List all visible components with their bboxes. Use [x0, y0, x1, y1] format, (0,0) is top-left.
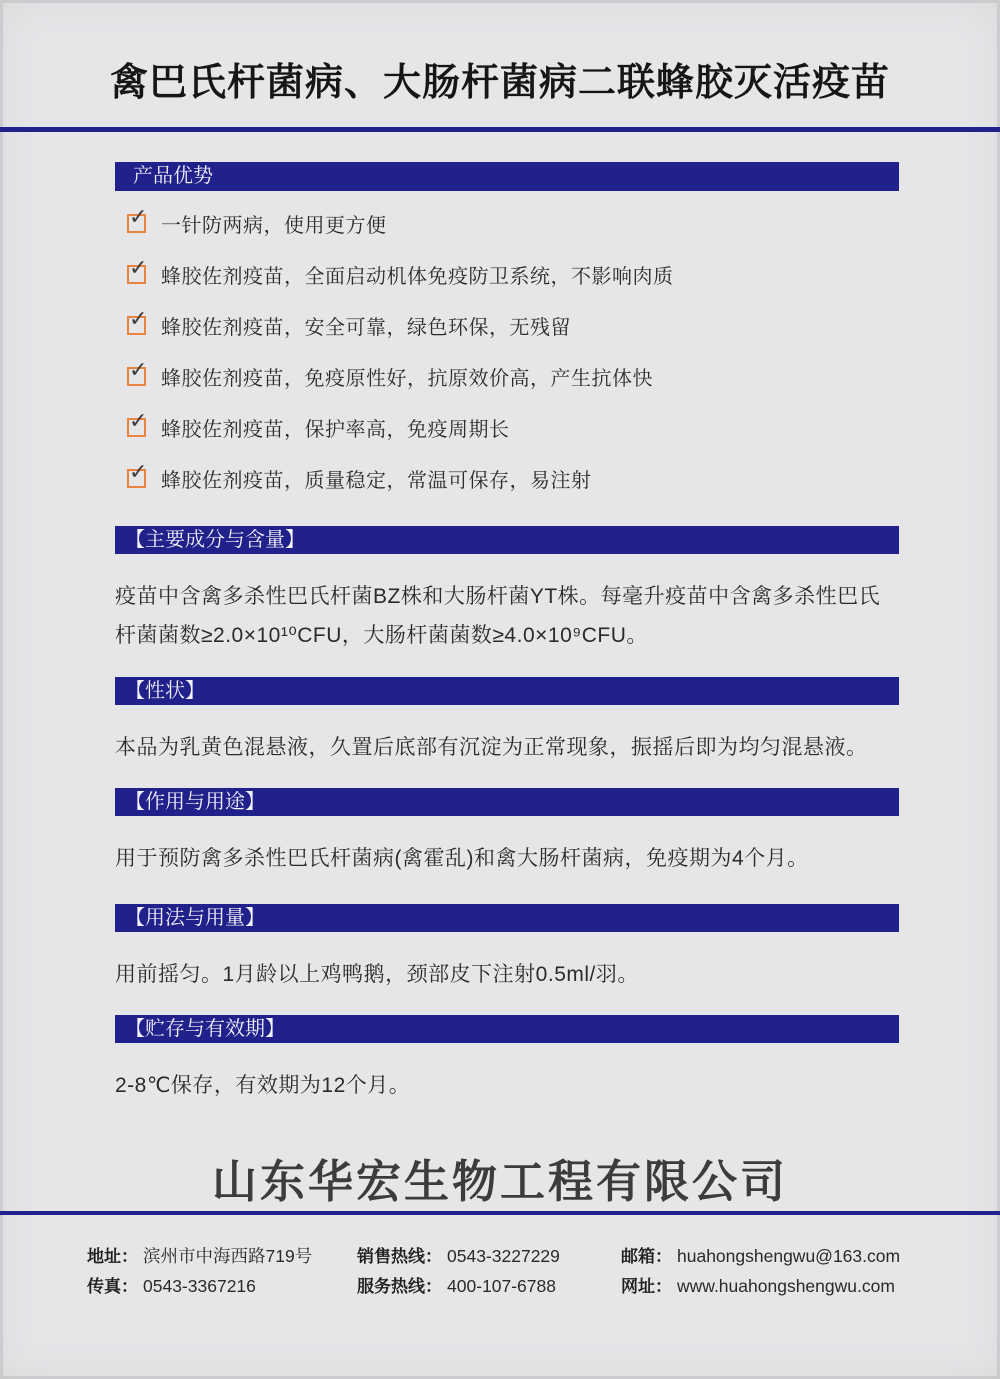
contact-column: 地址：滨州市中海西路719号 传真：0543-3367216 — [87, 1241, 312, 1301]
check-mark-icon: ✓ — [129, 308, 147, 330]
section-properties: 【性状】 本品为乳黄色混悬液，久置后底部有沉淀为正常现象，振摇后即为均匀混悬液。 — [115, 677, 899, 767]
list-item: ✓ 蜂胶佐剂疫苗，全面启动机体免疫防卫系统，不影响肉质 — [127, 249, 907, 300]
contact-value: 滨州市中海西路719号 — [143, 1246, 312, 1266]
check-mark-icon: ✓ — [129, 359, 147, 381]
section-header-label: 【作用与用途】 — [125, 791, 265, 813]
contact-value: huahongshengwu@163.com — [677, 1246, 900, 1266]
section-body-text: 2-8℃保存，有效期为12个月。 — [115, 1066, 901, 1105]
contact-column: 销售热线：0543-3227229 服务热线：400-107-6788 — [357, 1241, 560, 1301]
contact-footer: 地址：滨州市中海西路719号 传真：0543-3367216 销售热线：0543… — [0, 1241, 1000, 1331]
advantages-header-banner: 产品优势 — [115, 162, 899, 191]
checked-box-icon: ✓ — [127, 418, 146, 437]
contact-label: 服务热线： — [357, 1277, 442, 1296]
section-usage-purpose: 【作用与用途】 用于预防禽多杀性巴氏杆菌病(禽霍乱)和禽大肠杆菌病，免疫期为4个… — [115, 788, 899, 878]
section-header-banner: 【用法与用量】 — [115, 904, 899, 932]
contact-label: 网址： — [621, 1277, 672, 1296]
company-name: 山东华宏生物工程有限公司 — [0, 1156, 1000, 1208]
section-header-label: 【性状】 — [125, 680, 205, 702]
section-body-text: 疫苗中含禽多杀性巴氏杆菌BZ株和大肠杆菌YT株。每毫升疫苗中含禽多杀性巴氏杆菌菌… — [115, 577, 901, 655]
check-mark-icon: ✓ — [129, 410, 147, 432]
advantage-text: 蜂胶佐剂疫苗，保护率高，免疫周期长 — [161, 413, 510, 442]
contact-row-sales-hotline: 销售热线：0543-3227229 — [357, 1241, 560, 1271]
contact-value: www.huahongshengwu.com — [677, 1276, 895, 1296]
section-body-text: 用于预防禽多杀性巴氏杆菌病(禽霍乱)和禽大肠杆菌病，免疫期为4个月。 — [115, 839, 901, 878]
contact-value: 0543-3227229 — [447, 1246, 560, 1266]
section-body-text: 用前摇匀。1月龄以上鸡鸭鹅，颈部皮下注射0.5ml/羽。 — [115, 955, 901, 994]
contact-value: 0543-3367216 — [143, 1276, 256, 1296]
check-mark-icon: ✓ — [129, 257, 147, 279]
list-item: ✓ 蜂胶佐剂疫苗，安全可靠，绿色环保，无残留 — [127, 300, 907, 351]
header-divider — [0, 127, 1000, 132]
list-item: ✓ 一针防两病，使用更方便 — [127, 198, 907, 249]
section-header-banner: 【性状】 — [115, 677, 899, 705]
section-header-banner: 【贮存与有效期】 — [115, 1015, 899, 1043]
checked-box-icon: ✓ — [127, 265, 146, 284]
list-item: ✓ 蜂胶佐剂疫苗，保护率高，免疫周期长 — [127, 402, 907, 453]
footer-divider — [0, 1211, 1000, 1215]
contact-row-website: 网址：www.huahongshengwu.com — [621, 1271, 900, 1301]
advantage-text: 蜂胶佐剂疫苗，免疫原性好，抗原效价高，产生抗体快 — [161, 362, 653, 391]
contact-row-address: 地址：滨州市中海西路719号 — [87, 1241, 312, 1271]
section-body-text: 本品为乳黄色混悬液，久置后底部有沉淀为正常现象，振摇后即为均匀混悬液。 — [115, 728, 901, 767]
page-title: 禽巴氏杆菌病、大肠杆菌病二联蜂胶灭活疫苗 — [0, 59, 1000, 107]
check-mark-icon: ✓ — [129, 206, 147, 228]
section-header-label: 【贮存与有效期】 — [125, 1018, 285, 1040]
contact-value: 400-107-6788 — [447, 1276, 556, 1296]
advantages-header-label: 产品优势 — [133, 165, 213, 187]
contact-row-email: 邮箱：huahongshengwu@163.com — [621, 1241, 900, 1271]
list-item: ✓ 蜂胶佐剂疫苗，质量稳定，常温可保存，易注射 — [127, 453, 907, 504]
contact-label: 销售热线： — [357, 1247, 442, 1266]
contact-column: 邮箱：huahongshengwu@163.com 网址：www.huahong… — [621, 1241, 900, 1301]
contact-row-fax: 传真：0543-3367216 — [87, 1271, 312, 1301]
advantage-text: 蜂胶佐剂疫苗，质量稳定，常温可保存，易注射 — [161, 464, 592, 493]
section-header-label: 【用法与用量】 — [125, 907, 265, 929]
leaflet-page: 禽巴氏杆菌病、大肠杆菌病二联蜂胶灭活疫苗 产品优势 ✓ 一针防两病，使用更方便 … — [0, 0, 1000, 1379]
section-storage: 【贮存与有效期】 2-8℃保存，有效期为12个月。 — [115, 1015, 899, 1105]
advantages-list: ✓ 一针防两病，使用更方便 ✓ 蜂胶佐剂疫苗，全面启动机体免疫防卫系统，不影响肉… — [127, 198, 907, 504]
section-header-banner: 【作用与用途】 — [115, 788, 899, 816]
section-header-label: 【主要成分与含量】 — [125, 529, 305, 551]
section-header-banner: 【主要成分与含量】 — [115, 526, 899, 554]
contact-label: 地址： — [87, 1247, 138, 1266]
checked-box-icon: ✓ — [127, 469, 146, 488]
list-item: ✓ 蜂胶佐剂疫苗，免疫原性好，抗原效价高，产生抗体快 — [127, 351, 907, 402]
contact-label: 传真： — [87, 1277, 138, 1296]
checked-box-icon: ✓ — [127, 316, 146, 335]
advantage-text: 蜂胶佐剂疫苗，全面启动机体免疫防卫系统，不影响肉质 — [161, 260, 674, 289]
contact-row-service-hotline: 服务热线：400-107-6788 — [357, 1271, 560, 1301]
contact-label: 邮箱： — [621, 1247, 672, 1266]
advantage-text: 一针防两病，使用更方便 — [161, 209, 387, 238]
checked-box-icon: ✓ — [127, 214, 146, 233]
section-composition: 【主要成分与含量】 疫苗中含禽多杀性巴氏杆菌BZ株和大肠杆菌YT株。每毫升疫苗中… — [115, 526, 899, 655]
check-mark-icon: ✓ — [129, 461, 147, 483]
checked-box-icon: ✓ — [127, 367, 146, 386]
section-dosage: 【用法与用量】 用前摇匀。1月龄以上鸡鸭鹅，颈部皮下注射0.5ml/羽。 — [115, 904, 899, 994]
advantage-text: 蜂胶佐剂疫苗，安全可靠，绿色环保，无残留 — [161, 311, 571, 340]
